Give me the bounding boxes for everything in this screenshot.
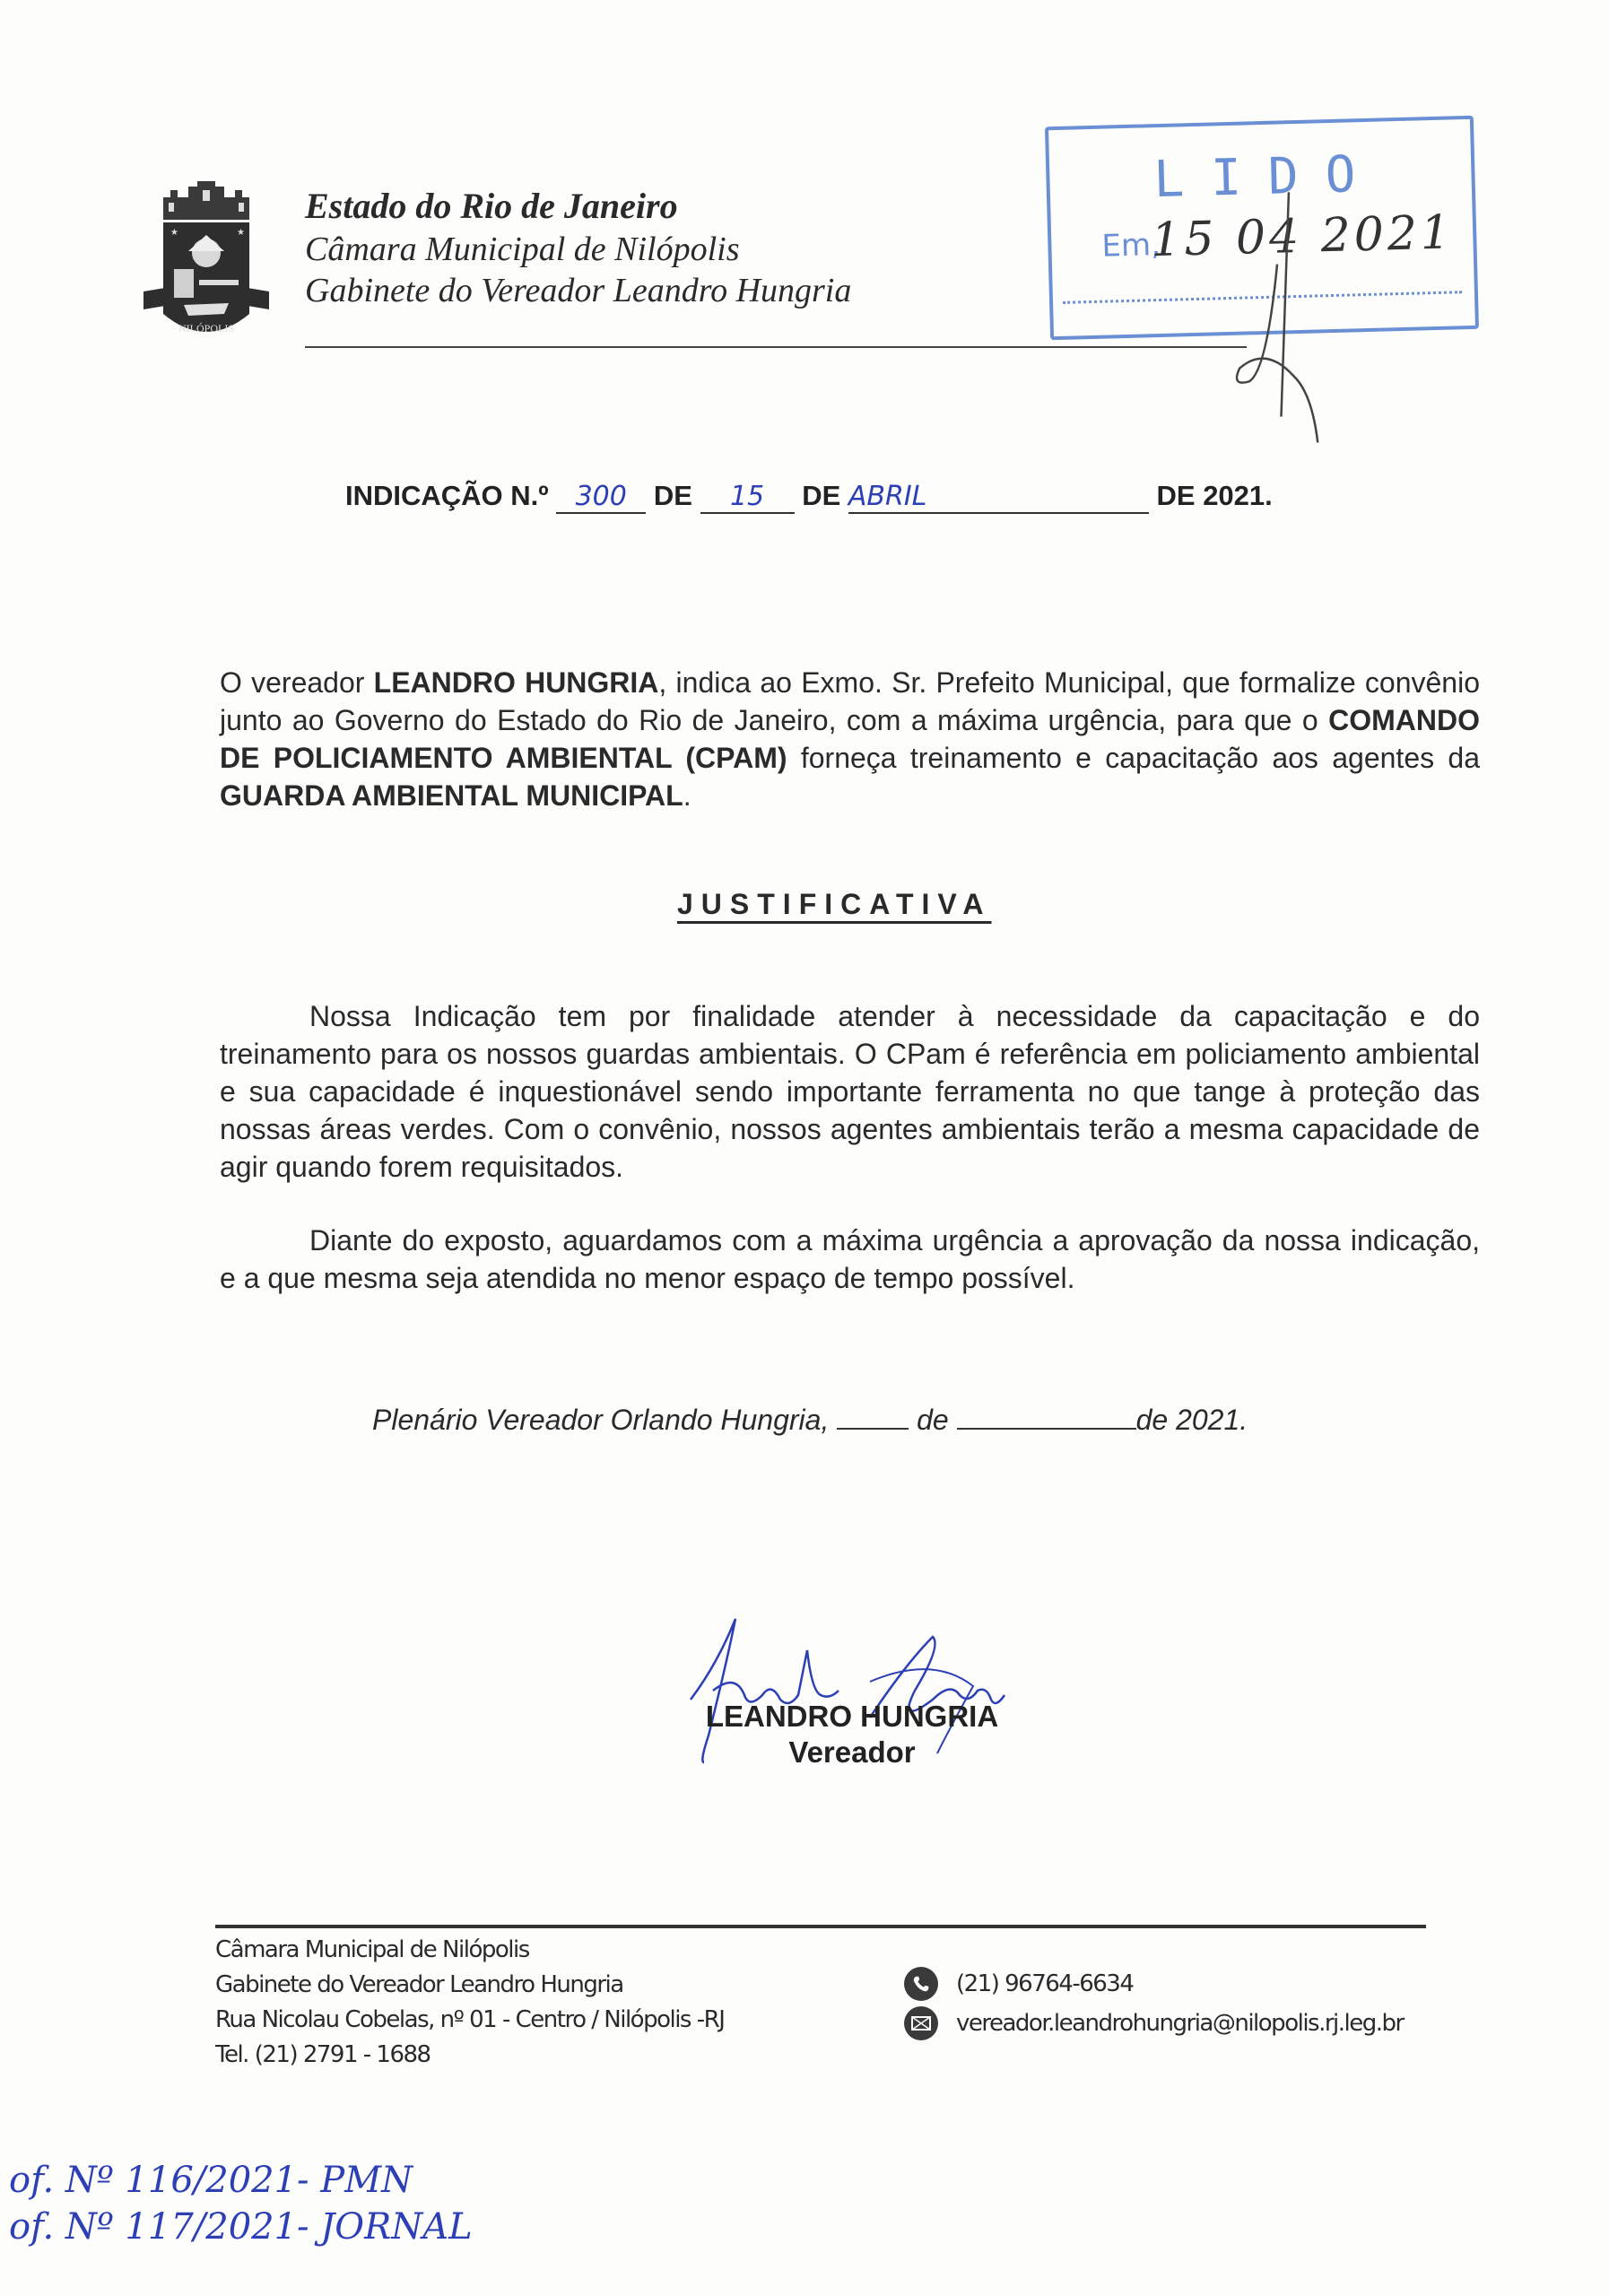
nilopolis-coat-of-arms-icon: ★★ NILÓPOLIS: [144, 179, 269, 341]
indication-paragraph: O vereador LEANDRO HUNGRIA, indica ao Ex…: [220, 664, 1480, 814]
closing-paragraph: Diante do exposto, aguardamos com a máxi…: [220, 1222, 1480, 1297]
state-name: Estado do Rio de Janeiro: [305, 184, 851, 229]
svg-text:★: ★: [170, 228, 178, 238]
rubric-icon: [1208, 191, 1340, 446]
justification-paragraph: Nossa Indicação tem por finalidade atend…: [220, 997, 1480, 1186]
footer-office: Gabinete do Vereador Leandro Hungria: [215, 1968, 724, 2003]
footer-divider: [215, 1925, 1426, 1928]
whatsapp-icon: [904, 1967, 938, 2001]
indicacao-number: 300: [556, 481, 646, 514]
justificativa-heading: JUSTIFICATIVA: [677, 888, 991, 921]
whatsapp-number: (21) 96764-6634: [956, 1970, 1133, 1997]
day-blank: [837, 1405, 909, 1430]
svg-text:★: ★: [237, 228, 245, 238]
signature-block: LEANDRO HUNGRIA Vereador: [664, 1610, 1040, 1789]
email-contact: vereador.leandrohungria@nilopolis.rj.leg…: [904, 2004, 1404, 2043]
place-date-line: Plenário Vereador Orlando Hungria, de de…: [372, 1404, 1248, 1437]
note-line: of. Nº 116/2021- PMN: [9, 2157, 473, 2204]
footer-address: Câmara Municipal de Nilópolis Gabinete d…: [215, 1933, 724, 2073]
svg-text:NILÓPOLIS: NILÓPOLIS: [178, 322, 234, 335]
note-line: of. Nº 117/2021- JORNAL: [9, 2204, 473, 2250]
chamber-name: Câmara Municipal de Nilópolis: [305, 229, 851, 270]
handwritten-office-notes: of. Nº 116/2021- PMN of. Nº 117/2021- JO…: [9, 2157, 473, 2250]
whatsapp-contact: (21) 96764-6634: [904, 1964, 1404, 2004]
indicacao-day: 15: [700, 481, 795, 514]
month-blank: [957, 1405, 1136, 1430]
footer-phone: Tel. (21) 2791 - 1688: [215, 2038, 724, 2073]
footer-street: Rua Nicolau Cobelas, nº 01 - Centro / Ni…: [215, 2003, 724, 2038]
read-stamp: LIDO Em, 15 04 2021: [1045, 116, 1481, 342]
header-divider: [305, 346, 1247, 348]
indicacao-title: INDICAÇÃO N.º 300 DE 15 DE ABRIL DE 2021…: [345, 480, 1273, 514]
signatory-role: Vereador: [664, 1735, 1040, 1770]
footer-chamber: Câmara Municipal de Nilópolis: [215, 1933, 724, 1968]
letterhead: Estado do Rio de Janeiro Câmara Municipa…: [305, 184, 851, 311]
indicacao-month: ABRIL: [848, 481, 1149, 514]
envelope-icon: [904, 2006, 938, 2040]
footer-contacts: (21) 96764-6634 vereador.leandrohungria@…: [904, 1964, 1404, 2043]
signatory-name: LEANDRO HUNGRIA: [664, 1700, 1040, 1734]
email-address: vereador.leandrohungria@nilopolis.rj.leg…: [956, 2010, 1404, 2037]
office-name: Gabinete do Vereador Leandro Hungria: [305, 270, 851, 311]
